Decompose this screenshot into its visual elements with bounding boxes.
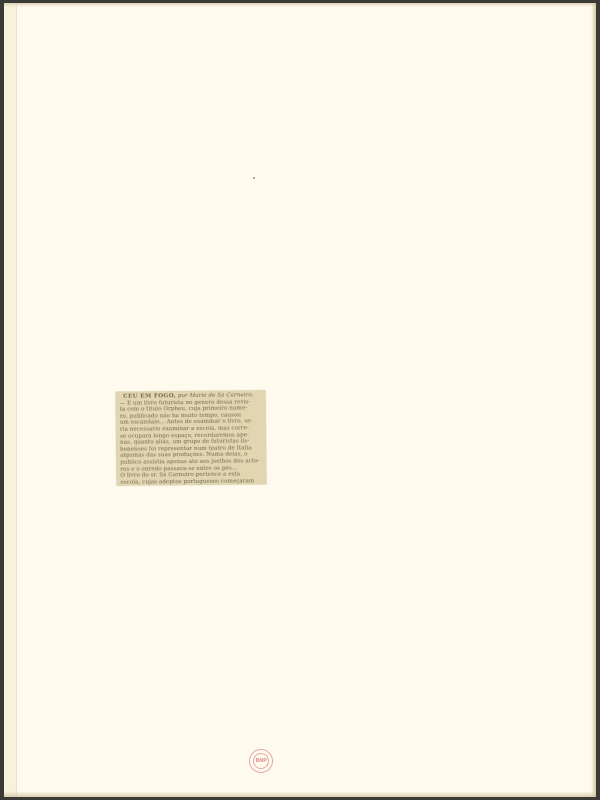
right-edge-shadow: [591, 3, 596, 797]
top-edge-shadow: [4, 3, 596, 7]
scan-background: CEU EM FOGO, por Mario de Sá Carneiro. —…: [0, 0, 600, 800]
clipping-headline: CEU EM FOGO,: [123, 393, 176, 400]
binding-margin: [4, 3, 17, 797]
library-stamp: BNP: [249, 749, 273, 773]
dust-speck: [253, 177, 255, 179]
document-page: CEU EM FOGO, por Mario de Sá Carneiro. —…: [4, 3, 596, 797]
bottom-edge-shadow: [4, 791, 596, 797]
newspaper-clipping: CEU EM FOGO, por Mario de Sá Carneiro. —…: [116, 390, 267, 486]
stamp-label: BNP: [253, 753, 269, 769]
